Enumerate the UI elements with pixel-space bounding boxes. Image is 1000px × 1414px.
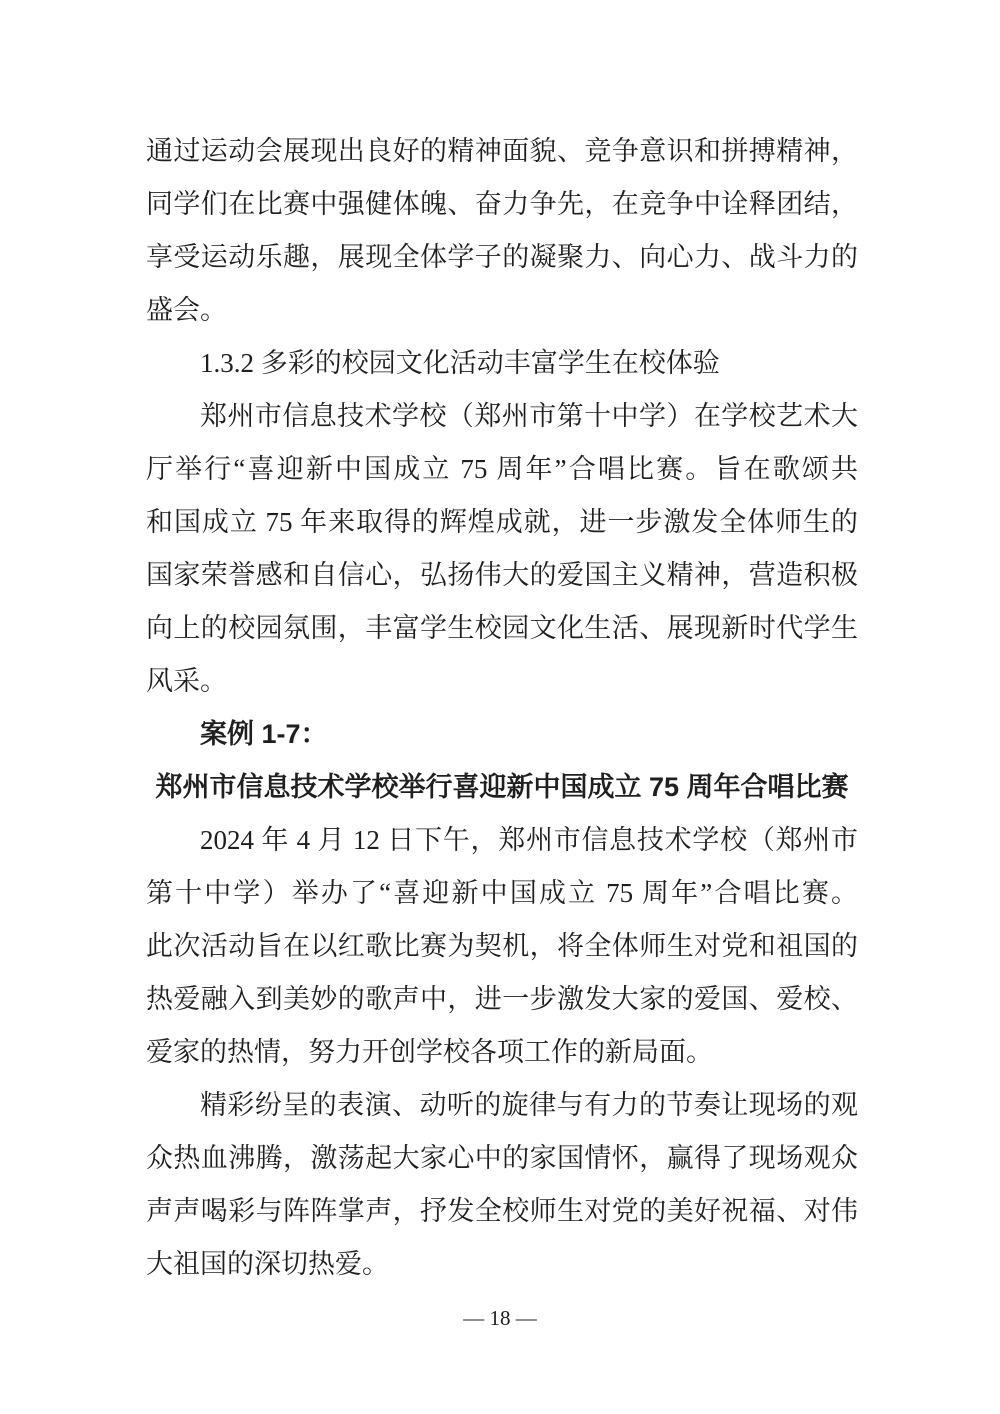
text-line: 享受运动乐趣，展现全体学子的凝聚力、向心力、战斗力的 — [146, 231, 858, 284]
page-content: 通过运动会展现出良好的精神面貌、竞争意识和拼搏精神， 同学们在比赛中强健体魄、奋… — [146, 125, 858, 1291]
text-line: 和国成立 75 年来取得的辉煌成就，进一步激发全体师生的 — [146, 496, 858, 549]
text-line: 同学们在比赛中强健体魄、奋力争先，在竞争中诠释团结， — [146, 178, 858, 231]
intro-paragraph: 通过运动会展现出良好的精神面貌、竞争意识和拼搏精神， 同学们在比赛中强健体魄、奋… — [146, 125, 858, 337]
text-line: 通过运动会展现出良好的精神面貌、竞争意识和拼搏精神， — [146, 125, 858, 178]
text-line: 向上的校园氛围，丰富学生校园文化生活、展现新时代学生 — [146, 602, 858, 655]
text-line: 郑州市信息技术学校（郑州市第十中学）在学校艺术大 — [146, 390, 858, 443]
text-line: 厅举行“喜迎新中国成立 75 周年”合唱比赛。旨在歌颂共 — [146, 443, 858, 496]
section-heading: 1.3.2 多彩的校园文化活动丰富学生在校体验 — [146, 337, 858, 390]
text-line: 风采。 — [146, 655, 858, 708]
case-label: 案例 1-7： — [146, 708, 858, 761]
text-line: 国家荣誉感和自信心，弘扬伟大的爱国主义精神，营造积极 — [146, 549, 858, 602]
text-line: 精彩纷呈的表演、动听的旋律与有力的节奏让现场的观 — [146, 1079, 858, 1132]
case-paragraph-1: 2024 年 4 月 12 日下午，郑州市信息技术学校（郑州市 第十中学）举办了… — [146, 814, 858, 1079]
text-line: 众热血沸腾，激荡起大家心中的家国情怀，赢得了现场观众 — [146, 1132, 858, 1185]
text-line: 大祖国的深切热爱。 — [146, 1238, 858, 1291]
text-line: 此次活动旨在以红歌比赛为契机，将全体师生对党和祖国的 — [146, 920, 858, 973]
section-paragraph: 郑州市信息技术学校（郑州市第十中学）在学校艺术大 厅举行“喜迎新中国成立 75 … — [146, 390, 858, 708]
case-title: 郑州市信息技术学校举行喜迎新中国成立 75 周年合唱比赛 — [146, 761, 858, 814]
text-line: 第十中学）举办了“喜迎新中国成立 75 周年”合唱比赛。 — [146, 867, 858, 920]
case-paragraph-2: 精彩纷呈的表演、动听的旋律与有力的节奏让现场的观 众热血沸腾，激荡起大家心中的家… — [146, 1079, 858, 1291]
text-line: 2024 年 4 月 12 日下午，郑州市信息技术学校（郑州市 — [146, 814, 858, 867]
text-line: 盛会。 — [146, 284, 858, 337]
text-line: 声声喝彩与阵阵掌声，抒发全校师生对党的美好祝福、对伟 — [146, 1185, 858, 1238]
text-line: 爱家的热情，努力开创学校各项工作的新局面。 — [146, 1026, 858, 1079]
text-line: 热爱融入到美妙的歌声中，进一步激发大家的爱国、爱校、 — [146, 973, 858, 1026]
page-number: — 18 — — [0, 1303, 1000, 1333]
document-page: 通过运动会展现出良好的精神面貌、竞争意识和拼搏精神， 同学们在比赛中强健体魄、奋… — [0, 0, 1000, 1414]
